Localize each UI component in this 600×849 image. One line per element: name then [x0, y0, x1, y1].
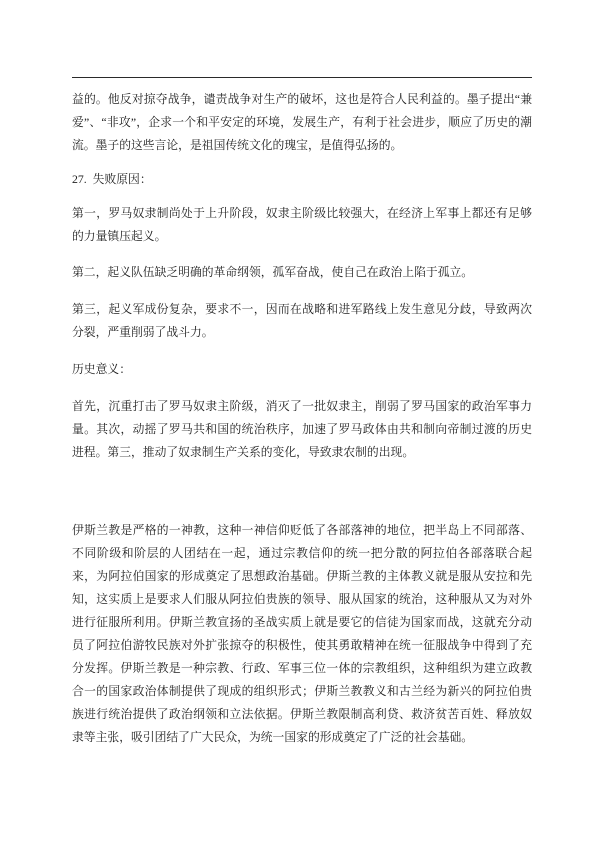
paragraph-failure-reason-1: 第一，罗马奴隶制尚处于上升阶段，奴隶主阶级比较强大，在经济上军事上都还有足够的力… — [72, 202, 532, 248]
paragraph-failure-reason-3: 第三，起义军成份复杂，要求不一，因而在战略和进军路线上发生意见分歧，导致两次分裂… — [72, 298, 532, 344]
paragraph-islam: 伊斯兰教是严格的一神教，这种一神信仰贬低了各部落神的地位，把半岛上不同部落、不同… — [72, 519, 532, 749]
paragraph-mozi-continuation: 益的。他反对掠夺战争，谴责战争对生产的破坏，这也是符合人民利益的。墨子提出“兼爱… — [72, 88, 532, 157]
paragraph-failure-reason-2: 第二，起义队伍缺乏明确的革命纲领，孤军奋战，使自己在政治上陷于孤立。 — [72, 261, 532, 284]
header-separator-line — [72, 77, 532, 78]
paragraph-historical-significance: 首先，沉重打击了罗马奴隶主阶级，消灭了一批奴隶主，削弱了罗马国家的政治军事力量。… — [72, 395, 532, 464]
document-page: 益的。他反对掠夺战争，谴责战争对生产的破坏，这也是符合人民利益的。墨子提出“兼爱… — [0, 0, 600, 849]
page-content: 益的。他反对掠夺战争，谴责战争对生产的破坏，这也是符合人民利益的。墨子提出“兼爱… — [72, 77, 532, 749]
heading-historical-significance: 历史意义： — [72, 358, 532, 381]
heading-failure-reasons: 27. 失败原因： — [72, 168, 532, 191]
